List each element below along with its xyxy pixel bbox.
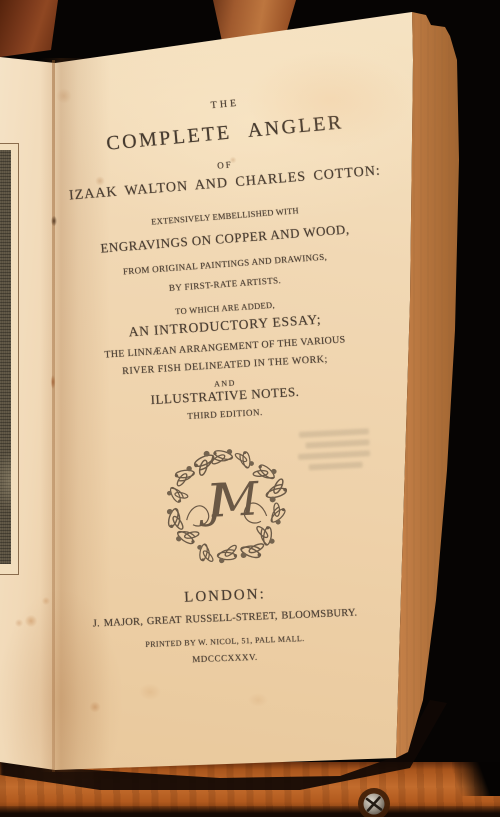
frontispiece-page [0, 0, 60, 817]
wood-frame-top-left [0, 0, 60, 60]
wood-rail-shadow [0, 806, 500, 817]
wreath-monogram: JM [197, 471, 262, 528]
wood-rail-dark-corner [452, 762, 500, 796]
screw-icon [357, 787, 391, 817]
book-gutter [52, 60, 55, 772]
frontispiece-engraving [0, 150, 11, 564]
monogram-wreath: JM [148, 428, 303, 582]
photo-of-book-title-page: THE COMPLETE ANGLER OF IZAAK WALTON AND … [0, 0, 500, 817]
show-through-text [295, 426, 378, 480]
